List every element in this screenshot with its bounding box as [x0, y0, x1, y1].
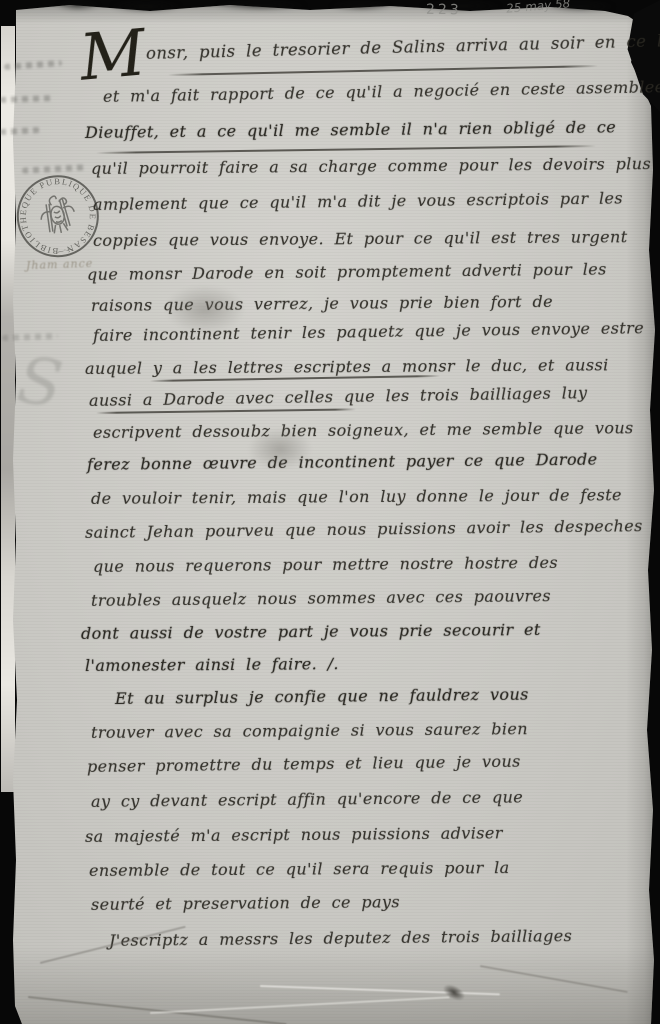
manuscript-line: auquel y a les lettres escriptes a monsr…	[85, 355, 609, 378]
manuscript-line: ensemble de tout ce qu'il sera requis po…	[89, 858, 510, 880]
folio-number: 223	[426, 2, 462, 19]
svg-text:BIBLIOTHEQUE PUBLIQUE DE BESAN: BIBLIOTHEQUE PUBLIQUE DE BESANÇON	[6, 164, 106, 266]
stamp-eagle-emblem	[37, 193, 78, 237]
manuscript-line: raisons que vous verrez, je vous prie bi…	[91, 292, 553, 315]
pencil-note: Jham ance	[26, 257, 94, 272]
edge-smudge	[110, 0, 182, 13]
undersheet-page-edge	[1, 26, 15, 792]
manuscript-line: seurté et preservation de ce pays	[91, 892, 400, 914]
edge-smudge	[215, 0, 307, 11]
manuscript-line: coppies que vous envoye. Et pour ce qu'i…	[93, 227, 628, 250]
stamp-legend: BIBLIOTHEQUE PUBLIQUE DE BESANÇON	[6, 164, 106, 266]
manuscript-initial: M	[77, 21, 148, 90]
edge-smudge	[330, 1, 392, 11]
manuscript-scan: 223 25 may 58 BIBLIOTHEQUE PUBLIQUE DE B…	[0, 0, 660, 1024]
manuscript-line: que nous requerons pour mettre nostre ho…	[93, 553, 558, 576]
manuscript-line: sa majesté m'a escript nous puissions ad…	[85, 823, 503, 846]
library-stamp: BIBLIOTHEQUE PUBLIQUE DE BESANÇON —·—	[6, 164, 113, 271]
graphite-smudge	[165, 285, 245, 333]
manuscript-line: l'amonester ainsi le faire. /.	[85, 654, 339, 675]
edge-smudge	[56, 0, 100, 11]
manuscript-line: dont aussi de vostre part je vous prie s…	[81, 620, 541, 643]
manuscript-line: trouver avec sa compaignie si vous saure…	[91, 719, 528, 742]
manuscript-line: de vouloir tenir, mais que l'on luy donn…	[91, 485, 622, 508]
graphite-smudge	[248, 428, 312, 470]
